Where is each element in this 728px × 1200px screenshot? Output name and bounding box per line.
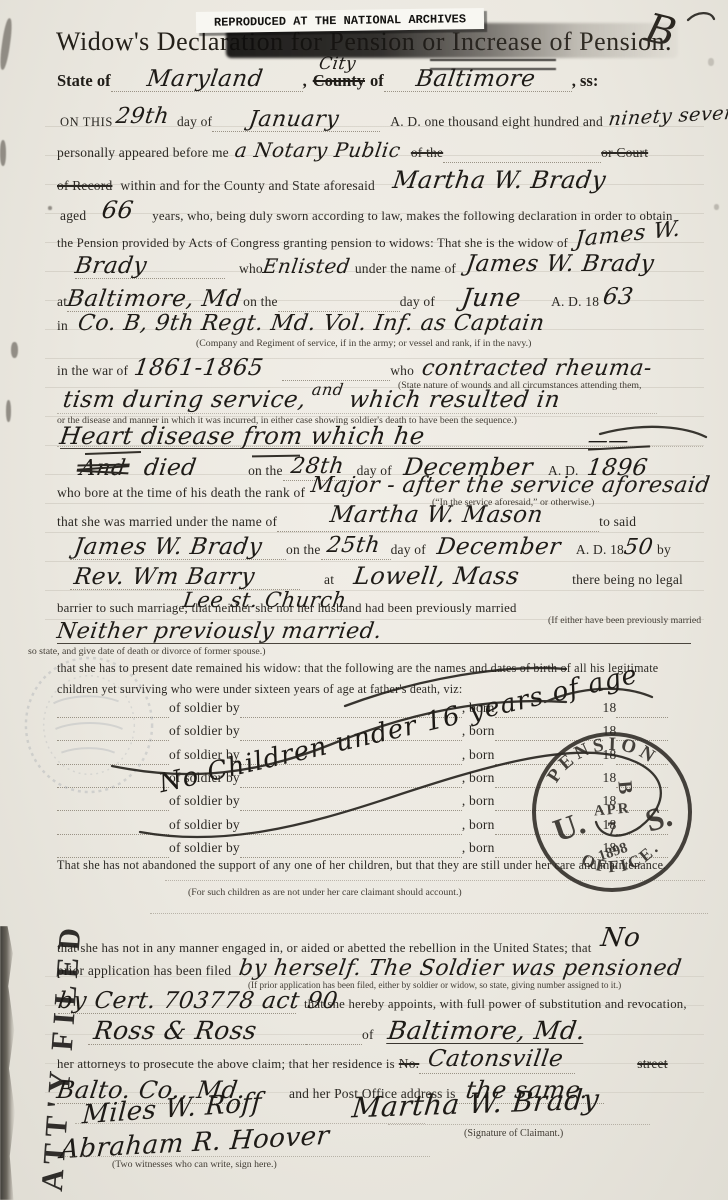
of-soldier-label: of soldier by [169,840,240,856]
by-label: by [657,542,671,558]
residence-value: Catonsville [426,1048,564,1071]
residence-line: her attorneys to prosecute the above cla… [57,1050,668,1074]
enlist-place: Baltimore, Md [66,288,243,311]
rebellion-text: that she has not in any manner engaged i… [57,941,591,956]
witness-rule [58,1156,430,1157]
officiant-line: Rev. Wm Barry at Lowell, Mass there bein… [70,564,683,590]
year-prefix: 18 [603,700,617,716]
claimant-line: of Record within and for the County and … [57,170,606,194]
stamp-month: APR [593,800,631,819]
prior-value: by herself. The Soldier was pensioned [238,958,684,980]
pension-office-stamp: PENSION OFFICE. U. S. B APR 7 1898 [506,706,717,917]
blank-rule [57,413,657,414]
war-line: in the war of 1861-1865 who contracted r… [57,357,652,381]
scan-artifact [0,140,6,166]
account-caption: (For such children as are not under her … [188,887,462,898]
neither-line: Neither previously married. [57,621,691,644]
attorney-place: Baltimore, Md. [386,1018,587,1044]
witness-rule [75,1123,425,1124]
married-printed: that she was married under the name of [57,514,277,530]
cert-value: by Cert. 703778 act 90 [56,990,339,1013]
aged-label: aged [60,208,86,224]
date-line: ON THIS 29th day of January A. D. one th… [60,109,728,132]
scan-artifact [6,400,11,422]
marriage-date-line: James W. Brady on the 25th day of Decemb… [70,536,671,560]
state-value: Maryland [145,68,264,91]
struck-of-record: of Record [57,178,112,194]
claimant-signature-text: Martha W. Brady [351,1086,601,1123]
maiden-name-line: that she was married under the name of M… [57,508,636,532]
born-label: , born [462,747,495,763]
aforesaid-label: within and for the County and State afor… [120,178,375,194]
in-label: in [57,318,68,334]
at-label2: at [324,572,334,588]
prior-application-line: prior application has been filed by hers… [57,958,682,980]
of-label2: of [362,1027,374,1043]
stamp-us-right: S. [641,797,676,839]
enlisted-value: Enlisted [262,256,352,276]
on-this-label: ON THIS [60,115,113,130]
scan-artifact [714,204,719,210]
rebellion-line: that she has not in any manner engaged i… [57,931,641,957]
state-label: State of [57,71,111,91]
national-archives-banner: REPRODUCED AT THE NATIONAL ARCHIVES [196,8,484,33]
no-value: No [600,925,643,951]
marriage-day: 25th [326,535,382,557]
husband-name: James W. Brady [72,536,263,559]
on-the-label4: on the [286,542,321,558]
claimant-signature: Martha W. Brady [352,1086,600,1123]
enlist-month: June [460,285,523,310]
neither-value: Neither previously married. [55,621,383,643]
born-label: , born [462,793,495,809]
barrier-printed: barrier to such marriage; that neither s… [57,601,517,616]
scan-edge-artifact [0,926,15,1200]
unit-line: in Co. B, 9th Regt. Md. Vol. Inf. as Cap… [57,313,544,335]
of-label: of [370,71,384,91]
year-value: ninety seven [607,104,728,130]
born-label: , born [462,840,495,856]
age-line: aged 66 years, who, being duly sworn acc… [60,200,673,225]
appeared-label: personally appeared before me [57,145,229,161]
street-struck: street [637,1056,667,1072]
stamp-division: B [613,780,636,795]
ss-label: , ss: [572,71,599,91]
of-soldier-label: of soldier by [169,817,240,833]
city-correction: City [318,56,357,73]
month-value: January [248,109,341,131]
cause-start: contracted rheuma- [421,358,654,380]
appeared-line: personally appeared before me a Notary P… [57,140,648,163]
day-value: 29th [115,106,171,128]
comma: , [303,71,307,91]
rank-line: who bore at the time of his death the ra… [57,480,710,502]
notary-seal [20,652,158,798]
marriage-month: December [435,536,562,559]
section-rule [150,913,708,914]
barrier-line: barrier to such marriage; that neither s… [57,601,517,616]
county-correction: County City [313,71,365,91]
state-county-line: State of Maryland , County City of Balti… [57,68,598,92]
day-of-label4: day of [391,542,426,558]
war-years: 1861-1865 [133,357,266,380]
soldier-name-value: James W. Brady [464,253,655,276]
unit-caption: (Company and Regiment of service, if in … [196,338,531,349]
under-name-label: under the name of [355,261,456,277]
in-war-label: in the war of [57,363,128,379]
signature-rule [388,1124,650,1125]
scanned-pension-document: Widow's Declaration for Pension or Incre… [0,0,728,1200]
no-struck: No. [399,1056,419,1072]
smudge-underline [430,59,556,70]
on-the-label: on the [243,294,278,310]
of-soldier-label: of soldier by [169,700,240,716]
death-cause: Heart disease from which he [58,424,426,448]
attorney-line: Ross & Ross of Baltimore, Md. [88,1018,585,1045]
day-of-label2: day of [400,294,435,310]
age-value: 66 [100,198,135,222]
widow-printed: the Pension provided by Acts of Congress… [57,236,568,251]
place-line: at Baltimore, Md on the day of June A. D… [57,285,633,312]
unit-value: Co. B, 9th Regt. Md. Vol. Inf. as Captai… [76,313,545,335]
county-value: Baltimore [414,68,537,91]
ink-dot [48,206,52,210]
widow-of-line: the Pension provided by Acts of Congress… [57,230,680,252]
enlist-year: 63 [602,286,636,309]
struck-of-the: of the [411,145,443,161]
of-soldier-label: of soldier by [169,793,240,809]
cause-line: tism during service, and which resulted … [63,389,560,412]
to-said-label: to said [599,514,636,530]
struck-or-court: or Court [601,145,648,161]
soldier-surname: Brady [73,255,148,278]
legal-label: there being no legal [572,572,683,588]
ad18-label2: A. D. 18 [576,542,624,558]
aged-printed: years, who, being duly sworn according t… [152,209,672,224]
born-label: , born [462,770,495,786]
day-of-label: day of [177,114,212,130]
of-soldier-label: of soldier by [169,723,240,739]
who-label: who [239,261,263,277]
year-label: A. D. one thousand eight hundred and [390,114,603,130]
signature-caption: (Signature of Claimant.) [464,1128,563,1139]
officiant-name: Rev. Wm Barry [72,566,256,589]
scan-artifact [708,58,714,66]
caret-insert: and [311,382,345,398]
marriage-place: Lowell, Mass [352,564,521,588]
scan-artifact [11,342,18,358]
witness-caption: (Two witnesses who can write, sign here.… [112,1159,277,1170]
ad18-label: A. D. 18 [551,294,599,310]
claimant-name: Martha W. Brady [391,168,607,192]
enlist-line: Brady who Enlisted under the name of Jam… [75,255,654,279]
maiden-name: Martha W. Mason [328,504,544,527]
died-value: died [142,457,198,480]
cause-b: which resulted in [348,389,562,412]
residence-text: her attorneys to prosecute the above cla… [57,1057,395,1072]
on-the-label3: on the [248,463,283,479]
certificate-line: by Cert. 703778 act 90 that she hereby a… [58,990,687,1014]
attorney-name: Ross & Ross [92,1018,258,1043]
rank-value: Major - after the service aforesaid [310,475,712,497]
appoints-text: that she hereby appoints, with full powe… [304,997,687,1012]
rank-printed: who bore at the time of his death the ra… [57,485,305,501]
stamp-day: 7 [607,818,618,839]
officer-value: a Notary Public [234,140,402,160]
struck-word: And [78,458,127,480]
stamp-us-left: U. [548,804,589,848]
who-label2: who [390,363,414,379]
cause-a: tism during service, [61,389,307,412]
born-label: , born [462,817,495,833]
marriage-year: 50 [622,537,654,559]
